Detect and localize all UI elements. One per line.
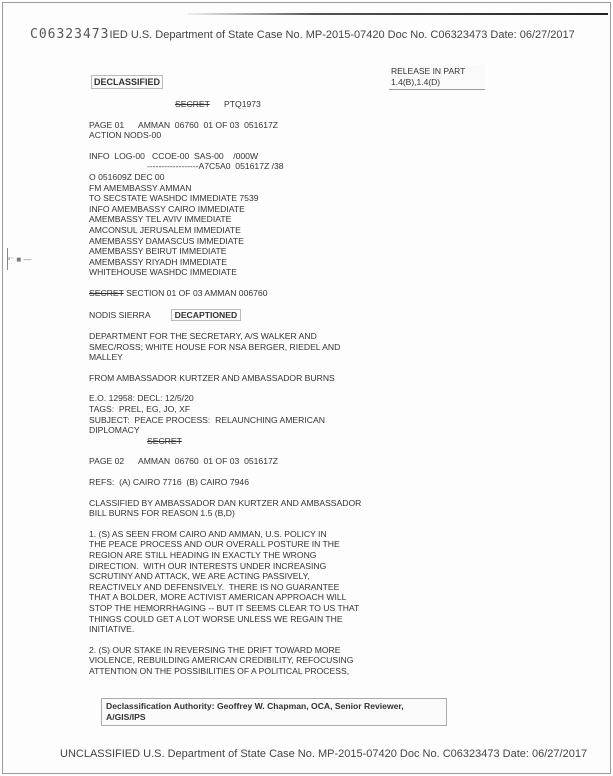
section-line: SECRET SECTION 01 OF 03 AMMAN 006760: [89, 288, 449, 299]
routing-line: INFO AMEMBASSY CAIRO IMMEDIATE: [89, 204, 449, 215]
paragraph-line: 2. (S) OUR STAKE IN REVERSING THE DRIFT …: [89, 645, 449, 656]
refs-line: REFS: (A) CAIRO 7716 (B) CAIRO 7946: [89, 477, 449, 488]
routing-line: AMEMBASSY BEIRUT IMMEDIATE: [89, 246, 449, 257]
department-line: MALLEY: [89, 352, 449, 363]
declassification-authority-box: Declassification Authority: Geoffrey W. …: [101, 698, 447, 726]
routing-line: FM AMEMBASSY AMMAN: [89, 183, 449, 194]
classification-struck: SECRET: [175, 99, 210, 109]
classification-line: SECRET PTQ1973: [89, 99, 449, 110]
page-header: C06323473IED U.S. Department of State Ca…: [30, 27, 575, 42]
routing-line: O 051609Z DEC 00: [89, 172, 449, 183]
department-line: DEPARTMENT FOR THE SECRETARY, A/S WALKER…: [89, 331, 449, 342]
page-02-line: PAGE 02 AMMAN 06760 01 OF 03 051617Z: [89, 456, 449, 467]
paragraph-line: VIOLENCE, REBUILDING AMERICAN CREDIBILIT…: [89, 655, 449, 666]
paragraph-2: 2. (S) OUR STAKE IN REVERSING THE DRIFT …: [89, 645, 449, 677]
paragraph-line: THAT A BOLDER, MORE ACTIVIST AMERICAN AP…: [89, 592, 449, 603]
action-line: ACTION NODS-00: [89, 130, 449, 141]
routing-line: AMEMBASSY DAMASCUS IMMEDIATE: [89, 236, 449, 247]
paragraph-line: SCRUTINY AND ATTACK, WE ARE ACTING PASSI…: [89, 571, 449, 582]
paragraph-line: STOP THE HEMORRHAGING -- BUT IT SEEMS CL…: [89, 603, 449, 614]
paragraph-line: INITIATIVE.: [89, 624, 449, 635]
nodis-line: NODIS SIERRADECAPTIONED: [89, 309, 449, 322]
section-text: SECTION 01 OF 03 AMMAN 006760: [126, 288, 267, 298]
eo-line: E.O. 12958: DECL: 12/5/20: [89, 393, 449, 404]
subject-line-2: DIPLOMACY: [89, 425, 449, 436]
paragraph-line: 1. (S) AS SEEN FROM CAIRO AND AMMAN, U.S…: [89, 529, 449, 540]
routing-line: TO SECSTATE WASHDC IMMEDIATE 7539: [89, 193, 449, 204]
doc-id-stamp: C06323473: [30, 27, 109, 42]
from-line: FROM AMBASSADOR KURTZER AND AMBASSADOR B…: [89, 373, 449, 384]
classified-by-line: BILL BURNS FOR REASON 1.5 (B,D): [89, 508, 449, 519]
authority-line-1: Declassification Authority: Geoffrey W. …: [106, 701, 442, 712]
release-in-part-stamp: RELEASE IN PART 1.4(B),1.4(D): [389, 65, 485, 90]
paragraph-line: ATTENTION ON THE POSSIBILITIES OF A POLI…: [89, 666, 449, 677]
decaptioned-stamp: DECAPTIONED: [171, 309, 242, 322]
header-text: IED U.S. Department of State Case No. MP…: [109, 29, 574, 41]
classified-by-line: CLASSIFIED BY AMBASSADOR DAN KURTZER AND…: [89, 498, 449, 509]
classified-by-block: CLASSIFIED BY AMBASSADOR DAN KURTZER AND…: [89, 498, 449, 519]
routing-line: WHITEHOUSE WASHDC IMMEDIATE: [89, 267, 449, 278]
authority-line-2: A/GIS/IPS: [106, 712, 442, 723]
section-struck: SECRET: [89, 288, 124, 298]
paragraph-line: REACTIVELY AND DEFENSIVELY. THERE IS NO …: [89, 582, 449, 593]
nodis-text: NODIS SIERRA: [89, 310, 151, 320]
department-line: SMEC/ROSS; WHITE HOUSE FOR NSA BERGER, R…: [89, 342, 449, 353]
department-block: DEPARTMENT FOR THE SECRETARY, A/S WALKER…: [89, 331, 449, 363]
routing-line: AMEMBASSY TEL AVIV IMMEDIATE: [89, 214, 449, 225]
secret-struck-2: SECRET: [89, 436, 449, 447]
paragraph-line: THE PEACE PROCESS AND OUR OVERALL POSTUR…: [89, 539, 449, 550]
info-line: INFO LOG-00 CCOE-00 SAS-00 /000W: [89, 151, 449, 162]
scan-edge-line: [188, 13, 608, 15]
page-01-line: PAGE 01 AMMAN 06760 01 OF 03 051617Z: [89, 120, 449, 131]
release-line-1: RELEASE IN PART: [391, 66, 483, 77]
routing-line: AMCONSUL JERUSALEM IMMEDIATE: [89, 225, 449, 236]
paragraph-1: 1. (S) AS SEEN FROM CAIRO AND AMMAN, U.S…: [89, 529, 449, 635]
dtg-line: ------------------A7C5A0 051617Z /38: [89, 161, 449, 172]
release-line-2: 1.4(B),1.4(D): [391, 77, 483, 88]
declassified-stamp: DECLASSIFIED: [91, 75, 163, 89]
ptq-number: PTQ1973: [224, 99, 261, 109]
routing-block: O 051609Z DEC 00FM AMEMBASSY AMMANTO SEC…: [89, 172, 449, 278]
margin-mark: ᵃ⁻ ■ —: [7, 255, 31, 264]
document-page: C06323473IED U.S. Department of State Ca…: [2, 2, 611, 774]
paragraph-line: REGION ARE STILL HEADING IN EXACTLY THE …: [89, 550, 449, 561]
paragraph-line: DIRECTION. WITH OUR INTERESTS UNDER INCR…: [89, 561, 449, 572]
routing-line: AMEMBASSY RIYADH IMMEDIATE: [89, 257, 449, 268]
subject-line: SUBJECT: PEACE PROCESS: RELAUNCHING AMER…: [89, 415, 449, 426]
page-footer: UNCLASSIFIED U.S. Department of State Ca…: [60, 748, 587, 760]
cable-body: SECRET PTQ1973 PAGE 01 AMMAN 06760 01 OF…: [89, 99, 449, 677]
paragraph-line: THINGS COULD GET A LOT WORSE UNLESS WE R…: [89, 614, 449, 625]
tags-line: TAGS: PREL, EG, JO, XF: [89, 404, 449, 415]
